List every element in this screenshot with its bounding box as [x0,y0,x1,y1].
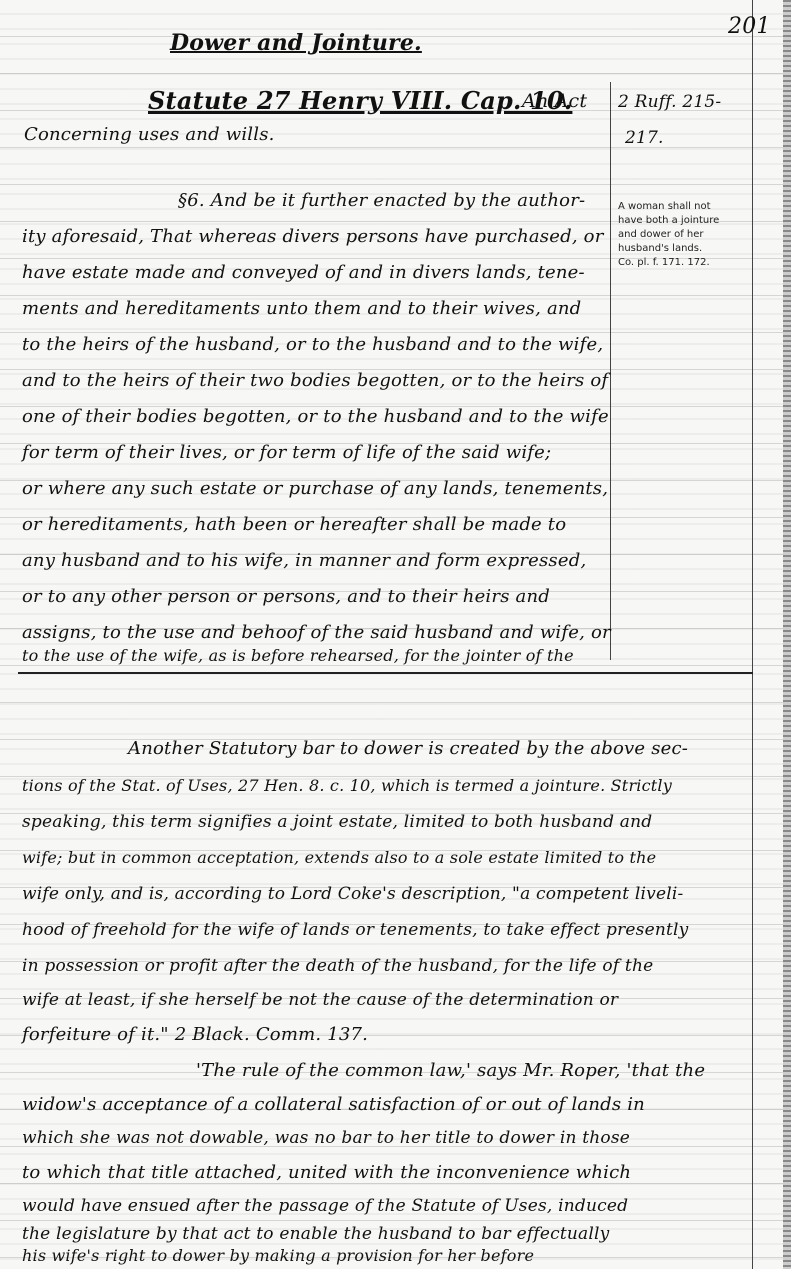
statute-line: have estate made and conveyed of and in … [22,262,585,283]
commentary-line: forfeiture of it." 2 Black. Comm. 137. [22,1024,368,1045]
page-number: 201 [728,14,771,39]
margin-rule-right [752,0,753,1269]
citation-line-1: 2 Ruff. 215- [618,92,721,112]
commentary-line: widow's acceptance of a collateral satis… [22,1094,645,1115]
margin-note-line: Co. pl. f. 171. 172. [618,256,719,270]
margin-rule-left [610,82,611,660]
commentary-line: wife only, and is, according to Lord Cok… [22,884,683,904]
statute-line: or to any other person or persons, and t… [22,586,550,607]
statute-line: to the heirs of the husband, or to the h… [22,334,603,355]
commentary-line: to which that title attached, united wit… [22,1162,631,1183]
margin-note-line: have both a jointure [618,214,719,228]
statute-line: §6. And be it further enacted by the aut… [178,190,585,211]
statute-line: assigns, to the use and behoof of the sa… [22,622,611,643]
margin-note-line: A woman shall not [618,200,719,214]
commentary-line: would have ensued after the passage of t… [22,1196,628,1216]
commentary-line: 'The rule of the common law,' says Mr. R… [196,1060,705,1081]
statute-line: or hereditaments, hath been or hereafter… [22,514,566,535]
commentary-line: wife; but in common acceptation, extends… [22,848,656,867]
margin-note-line: and dower of her [618,228,719,242]
commentary-line: in possession or profit after the death … [22,956,653,976]
page-edge [783,0,791,1269]
commentary-line: Another Statutory bar to dower is create… [128,738,688,759]
statute-line: for term of their lives, or for term of … [22,442,551,463]
commentary-line: his wife's right to dower by making a pr… [22,1246,534,1265]
statute-line: ity aforesaid, That whereas divers perso… [22,226,604,247]
statute-heading: Statute 27 Henry VIII. Cap. 10. [148,86,572,115]
commentary-line: wife at least, if she herself be not the… [22,990,618,1010]
statute-line: any husband and to his wife, in manner a… [22,550,586,571]
page-title: Dower and Jointure. [170,30,422,56]
margin-note: A woman shall not have both a jointure a… [618,200,719,270]
citation-line-2: 217. [625,128,664,148]
section-divider [18,672,753,674]
commentary-line: the legislature by that act to enable th… [22,1224,609,1244]
commentary-line: which she was not dowable, was no bar to… [22,1128,630,1148]
statute-line: or where any such estate or purchase of … [22,478,608,499]
commentary-line: tions of the Stat. of Uses, 27 Hen. 8. c… [22,776,672,795]
statute-subtitle: Concerning uses and wills. [24,124,275,145]
commentary-line: speaking, this term signifies a joint es… [22,812,652,832]
statute-line: to the use of the wife, as is before reh… [22,646,574,665]
statute-line: and to the heirs of their two bodies beg… [22,370,608,391]
margin-note-line: husband's lands. [618,242,719,256]
manuscript-page: 201 Dower and Jointure. Statute 27 Henry… [0,0,791,1269]
statute-heading-tail: An Act [522,90,587,112]
statute-line: ments and hereditaments unto them and to… [22,298,581,319]
commentary-line: hood of freehold for the wife of lands o… [22,920,689,940]
statute-line: one of their bodies begotten, or to the … [22,406,609,427]
